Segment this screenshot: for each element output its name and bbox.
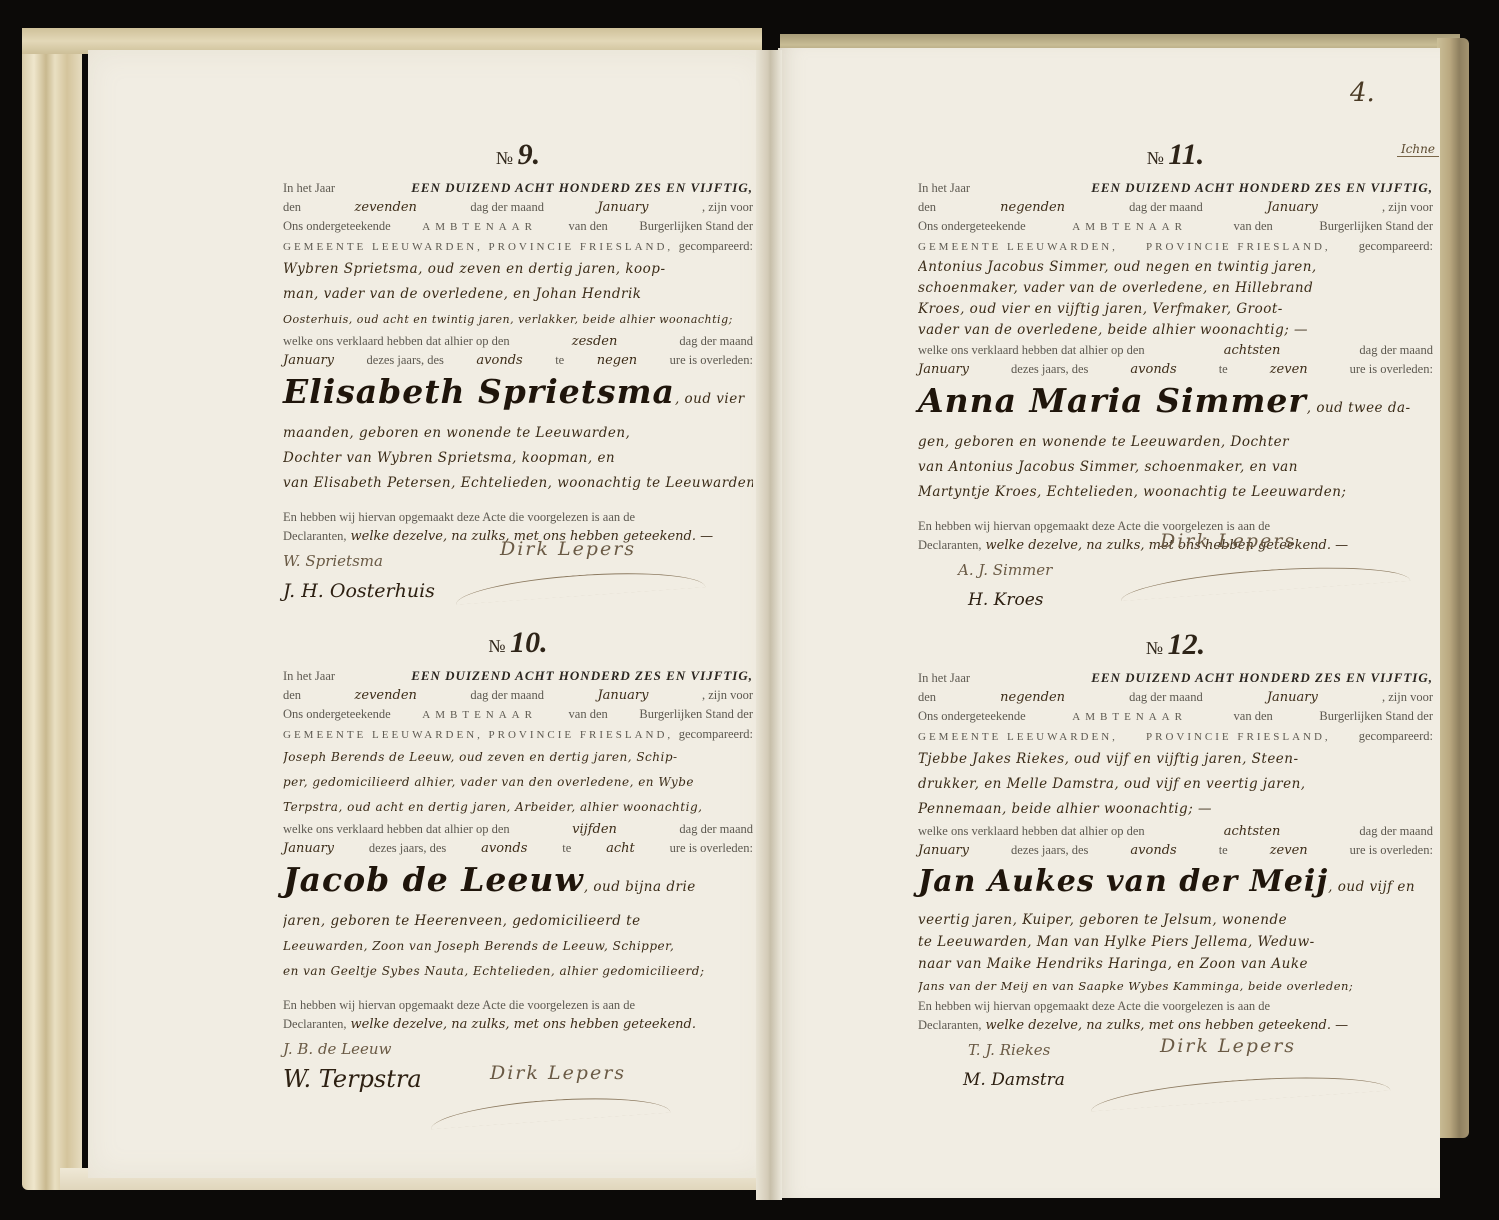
- book-cover-right-edge: [1437, 38, 1469, 1138]
- date-line: denzevendendag der maandJanuary, zijn vo…: [283, 686, 753, 705]
- deceased-detail-line: te Leeuwarden, Man van Hylke Piers Jelle…: [918, 931, 1433, 953]
- date-line: dennegendendag der maandJanuary, zijn vo…: [918, 688, 1433, 707]
- record-number: № 10.: [283, 626, 753, 660]
- declaration-line: welke ons verklaard hebben dat alhier op…: [918, 822, 1433, 841]
- deceased-name: Anna Maria Simmer, oud twee da-: [918, 379, 1433, 430]
- death-record-9: № 9. In het JaarEEN DUIZEND ACHT HONDERD…: [283, 138, 753, 606]
- time-line: Januarydezes jaars, desavondstezevenure …: [918, 841, 1433, 860]
- declaration-line: welke ons verklaard hebben dat alhier op…: [283, 332, 753, 351]
- declarant-line: Oosterhuis, oud acht en twintig jaren, v…: [283, 307, 753, 332]
- deceased-detail-line: van Antonius Jacobus Simmer, schoenmaker…: [918, 455, 1433, 480]
- declarant-line: Wybren Sprietsma, oud zeven en dertig ja…: [283, 257, 753, 282]
- declarant-line: vader van de overledene, beide alhier wo…: [918, 320, 1433, 341]
- official-line: Ons ondergeteekendeAmbtenaarvan denBurge…: [918, 707, 1433, 727]
- closing-line: En hebben wij hiervan opgemaakt deze Act…: [283, 996, 753, 1015]
- closing-line: En hebben wij hiervan opgemaakt deze Act…: [918, 997, 1433, 1016]
- declarant-line: drukker, en Melle Damstra, oud vijf en v…: [918, 772, 1433, 797]
- clerk-signature: Dirk Lepers: [500, 538, 636, 560]
- year-line: In het JaarEEN DUIZEND ACHT HONDERD ZES …: [283, 666, 753, 686]
- clerk-signature: Dirk Lepers: [1160, 1035, 1296, 1057]
- declarant-line: Tjebbe Jakes Riekes, oud vijf en vijftig…: [918, 747, 1433, 772]
- death-record-10: № 10. In het JaarEEN DUIZEND ACHT HONDER…: [283, 626, 753, 1094]
- deceased-detail-line: van Elisabeth Petersen, Echtelieden, woo…: [283, 471, 753, 496]
- deceased-detail-line: maanden, geboren en wonende te Leeuwarde…: [283, 421, 753, 446]
- deceased-detail-line: naar van Maike Hendriks Haringa, en Zoon…: [918, 953, 1433, 975]
- deceased-detail-line: Martyntje Kroes, Echtelieden, woonachtig…: [918, 480, 1433, 505]
- record-number: № 9.: [283, 138, 753, 172]
- closing-line: En hebben wij hiervan opgemaakt deze Act…: [283, 508, 753, 527]
- date-line: dennegendendag der maandJanuary, zijn vo…: [918, 198, 1433, 217]
- deceased-detail-line: Dochter van Wybren Sprietsma, koopman, e…: [283, 446, 753, 471]
- time-line: Januarydezes jaars, desavondstenegenure …: [283, 351, 753, 370]
- declarant-line: per, gedomicilieerd alhier, vader van de…: [283, 770, 753, 795]
- deceased-name: Jacob de Leeuw, oud bijna drie: [283, 858, 753, 909]
- declaration-line: welke ons verklaard hebben dat alhier op…: [283, 820, 753, 839]
- municipality-line: Gemeente Leeuwarden,Provincie Friesland,…: [283, 237, 753, 257]
- declarant-line: man, vader van de overledene, en Johan H…: [283, 282, 753, 307]
- date-line: denzevendendag der maandJanuary, zijn vo…: [283, 198, 753, 217]
- declarant-line: Joseph Berends de Leeuw, oud zeven en de…: [283, 745, 753, 770]
- deceased-detail-line: gen, geboren en wonende te Leeuwarden, D…: [918, 430, 1433, 455]
- official-line: Ons ondergeteekendeAmbtenaarvan denBurge…: [283, 705, 753, 725]
- declarant-line: Terpstra, oud acht en dertig jaren, Arbe…: [283, 795, 753, 820]
- time-line: Januarydezes jaars, desavondsteachture i…: [283, 839, 753, 858]
- deceased-detail-line: en van Geeltje Sybes Nauta, Echtelieden,…: [283, 959, 753, 984]
- declarant-line: schoenmaker, vader van de overledene, en…: [918, 278, 1433, 299]
- deceased-detail-line: Jans van der Meij en van Saapke Wybes Ka…: [918, 975, 1433, 997]
- deceased-detail-line: jaren, geboren te Heerenveen, gedomicili…: [283, 909, 753, 934]
- clerk-signature: Dirk Lepers: [1160, 530, 1296, 552]
- book-cover-left-edge: [22, 28, 82, 1190]
- declaration-line: welke ons verklaard hebben dat alhier op…: [918, 341, 1433, 360]
- year-line: In het JaarEEN DUIZEND ACHT HONDERD ZES …: [918, 668, 1433, 688]
- declarant-line: Antonius Jacobus Simmer, oud negen en tw…: [918, 257, 1433, 278]
- municipality-line: Gemeente Leeuwarden,Provincie Friesland,…: [918, 727, 1433, 747]
- official-line: Ons ondergeteekendeAmbtenaarvan denBurge…: [918, 217, 1433, 237]
- record-number: № 11.: [918, 138, 1433, 172]
- record-number: № 12.: [918, 628, 1433, 662]
- deceased-name: Elisabeth Sprietsma, oud vier: [283, 370, 753, 421]
- municipality-line: Gemeente Leeuwarden,Provincie Friesland,…: [918, 237, 1433, 257]
- declarant-line: Pennemaan, beide alhier woonachtig; —: [918, 797, 1433, 822]
- year-line: In het JaarEEN DUIZEND ACHT HONDERD ZES …: [918, 178, 1433, 198]
- declaranten-line: Declaranten,welke dezelve, na zulks, met…: [283, 1015, 753, 1034]
- margin-note: Ichne: [1397, 142, 1439, 157]
- clerk-signature: Dirk Lepers: [490, 1062, 626, 1084]
- declaranten-line: Declaranten,welke dezelve, na zulks, met…: [918, 1016, 1433, 1035]
- book-gutter: [756, 50, 782, 1200]
- page-number: 4.: [1350, 78, 1375, 108]
- year-line: In het JaarEEN DUIZEND ACHT HONDERD ZES …: [283, 178, 753, 198]
- signature: J. B. de Leeuw: [283, 1034, 753, 1064]
- deceased-detail-line: Leeuwarden, Zoon van Joseph Berends de L…: [283, 934, 753, 959]
- municipality-line: Gemeente Leeuwarden,Provincie Friesland,…: [283, 725, 753, 745]
- death-record-12: № 12. In het JaarEEN DUIZEND ACHT HONDER…: [918, 628, 1433, 1095]
- deceased-detail-line: veertig jaren, Kuiper, geboren te Jelsum…: [918, 909, 1433, 931]
- official-line: Ons ondergeteekendeAmbtenaarvan denBurge…: [283, 217, 753, 237]
- declarant-line: Kroes, oud vier en vijftig jaren, Verfma…: [918, 299, 1433, 320]
- deceased-name: Jan Aukes van der Meij, oud vijf en: [918, 860, 1433, 909]
- time-line: Januarydezes jaars, desavondstezevenure …: [918, 360, 1433, 379]
